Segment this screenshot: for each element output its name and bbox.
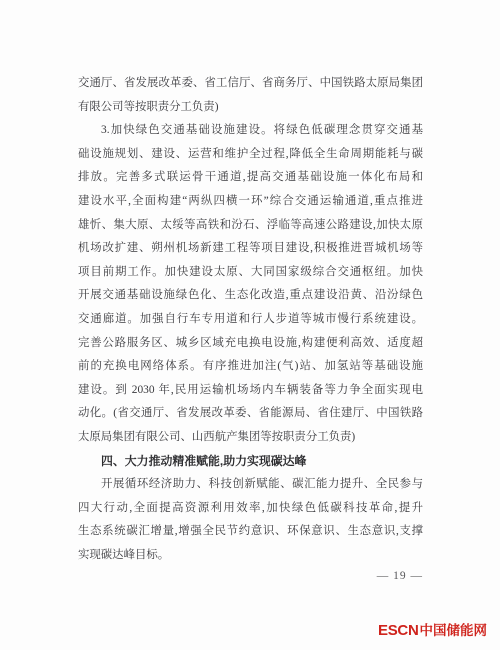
text-line: 有限公司等按职责分工负责) [78, 96, 423, 120]
text-line: 四大行动,全面提高资源利用效率,加快绿色低碳科技革命,提升 [78, 497, 423, 521]
text-line: 完善公路服务区、城乡区域充电换电设施,构建便利高效、适度超 [78, 332, 423, 356]
escn-logo-text-en: ESCN [378, 622, 418, 639]
text-line: 前的充换电网络体系。有序推进加注(气)站、加氢站等基础设施 [78, 355, 423, 379]
text-line: 雄忻、集大原、太绥等高铁和汾石、浮临等高速公路建设,加快太原 [78, 214, 423, 238]
text-line: 机场改扩建、朔州机场新建工程等项目建设,积极推进晋城机场等 [78, 237, 423, 261]
document-text-block: 交通厅、省发展改革委、省工信厅、省商务厅、中国铁路太原局集团有限公司等按职责分工… [78, 72, 423, 567]
text-line: 开展循环经济助力、科技创新赋能、碳汇能力提升、全民参与 [78, 473, 423, 497]
text-line: 开展交通基础设施绿色化、生态化改造,重点建设沿黄、沿汾绿色 [78, 284, 423, 308]
text-line: 项目前期工作。加快建设太原、大同国家级综合交通枢纽。加快 [78, 261, 423, 285]
text-line: 动化。(省交通厅、省发展改革委、省能源局、省住建厅、中国铁路 [78, 402, 423, 426]
text-line: 太原局集团有限公司、山西航产集团等按职责分工负责) [78, 426, 423, 450]
escn-logo-text-zh: 中国储能网 [420, 623, 488, 638]
text-line: 础设施规划、建设、运营和维护全过程,降低全生命周期能耗与碳 [78, 143, 423, 167]
text-line: 交通廊道。加强自行车专用道和行人步道等城市慢行系统建设。 [78, 308, 423, 332]
document-page: 交通厅、省发展改革委、省工信厅、省商务厅、中国铁路太原局集团有限公司等按职责分工… [0, 0, 500, 650]
section-heading: 四、大力推动精准赋能,助力实现碳达峰 [78, 450, 423, 474]
text-line: 生态系统碳汇增量,增强全民节约意识、环保意识、生态意识,支撑 [78, 520, 423, 544]
text-line: 建设。到 2030 年,民用运输机场场内车辆装备等力争全面实现电 [78, 379, 423, 403]
escn-logo: ESCN中国储能网 [378, 619, 487, 640]
text-line: 建设水平,全面构建“两纵四横一环”综合交通运输通道,重点推进 [78, 190, 423, 214]
page-number: — 19 — [78, 570, 423, 582]
text-line: 3.加快绿色交通基础设施建设。将绿色低碳理念贯穿交通基 [78, 119, 423, 143]
text-line: 交通厅、省发展改革委、省工信厅、省商务厅、中国铁路太原局集团 [78, 72, 423, 96]
text-line: 实现碳达峰目标。 [78, 544, 423, 568]
text-line: 排放。完善多式联运骨干通道,提高交通基础设施一体化布局和 [78, 166, 423, 190]
